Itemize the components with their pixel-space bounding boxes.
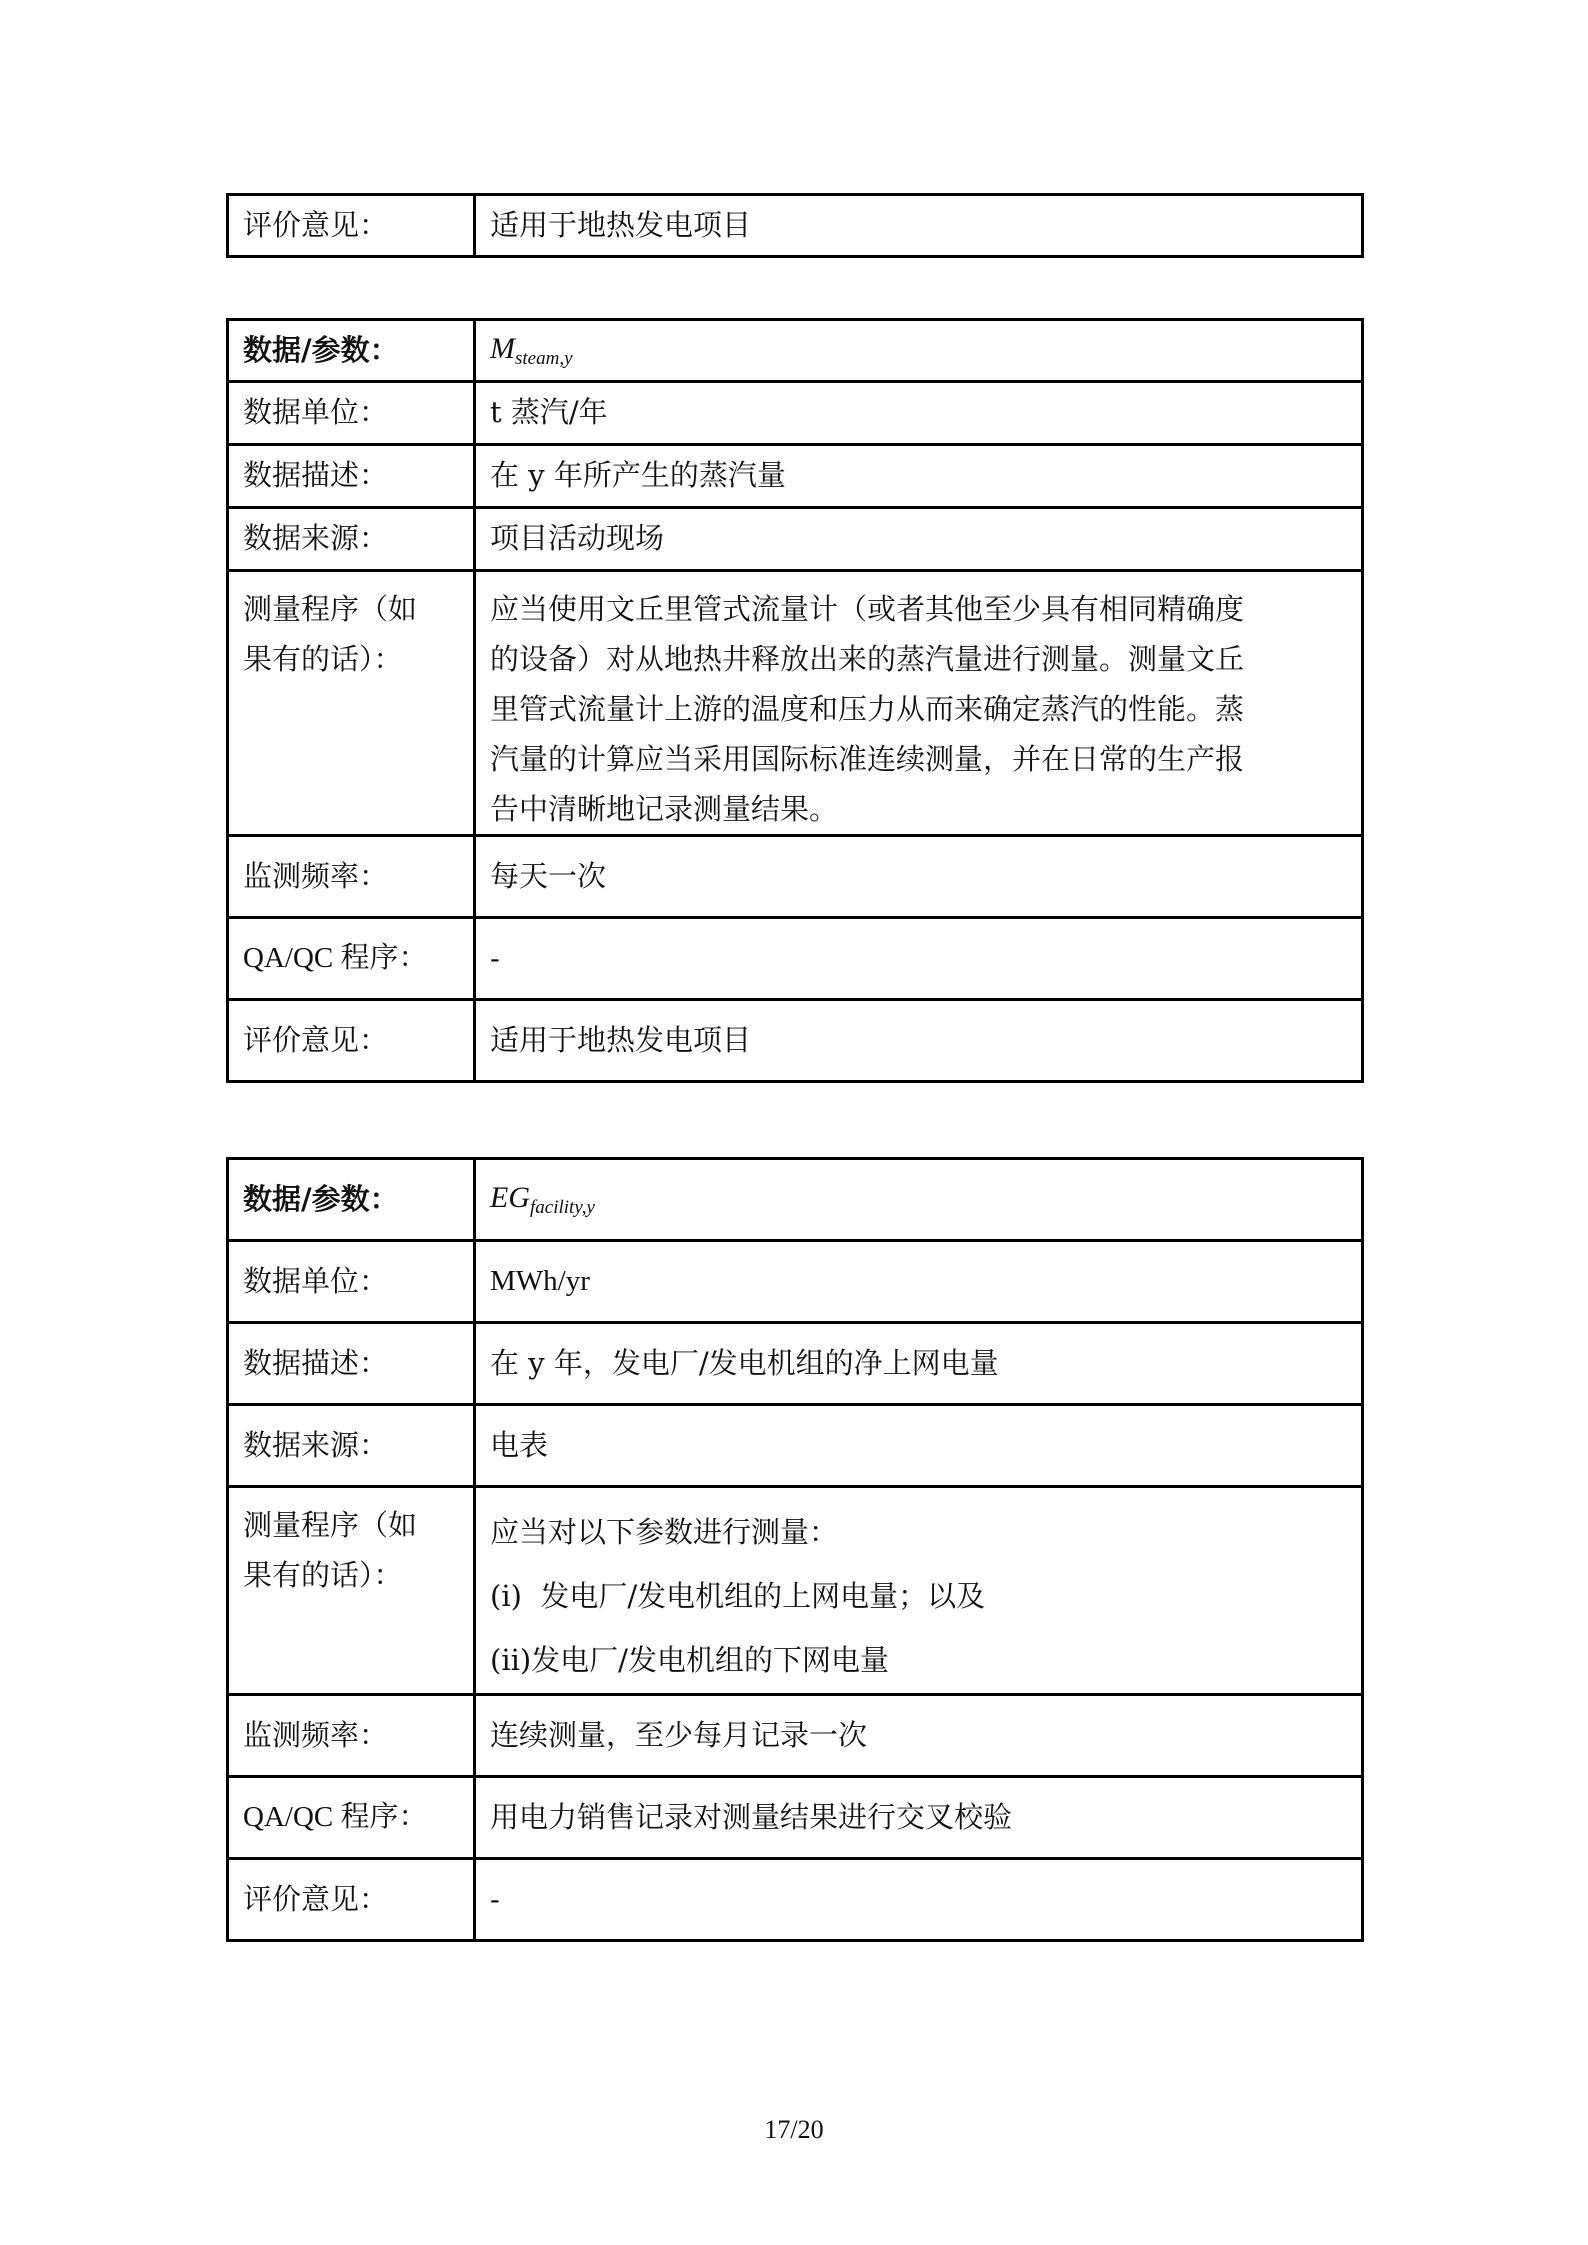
label-line: 测量程序（如 bbox=[243, 1500, 459, 1550]
symbol-subscript: steam,y bbox=[515, 348, 573, 369]
list-item: (ii)发电厂/发电机组的下网电量 bbox=[490, 1628, 1347, 1692]
row-value: 应当使用文丘里管式流量计（或者其他至少具有相同精确度 的设备）对从地热井释放出来… bbox=[475, 571, 1363, 836]
row-value: 应当对以下参数进行测量： (i) 发电厂/发电机组的上网电量；以及 (ii)发电… bbox=[475, 1487, 1363, 1695]
symbol-subscript: facility,y bbox=[530, 1197, 595, 1218]
row-label: 数据来源： bbox=[228, 508, 475, 571]
page-number: 17/20 bbox=[0, 2115, 1588, 2145]
list-item: (i) 发电厂/发电机组的上网电量；以及 bbox=[490, 1564, 1347, 1628]
parameter-table-m-steam: 数据/参数： Msteam,y 数据单位： t 蒸汽/年 数据描述： 在 y 年… bbox=[226, 318, 1364, 1083]
table-row-source: 数据来源： 项目活动现场 bbox=[228, 508, 1363, 571]
row-label: 测量程序（如 果有的话）： bbox=[228, 571, 475, 836]
row-value: 连续测量，至少每月记录一次 bbox=[475, 1695, 1363, 1777]
row-value: 每天一次 bbox=[475, 836, 1363, 918]
row-value: 适用于地热发电项目 bbox=[475, 195, 1363, 257]
row-label: 数据描述： bbox=[228, 445, 475, 508]
table-row-unit: 数据单位： MWh/yr bbox=[228, 1241, 1363, 1323]
row-value: 在 y 年所产生的蒸汽量 bbox=[475, 445, 1363, 508]
table-row-parameter: 数据/参数： EGfacility,y bbox=[228, 1159, 1363, 1241]
label-line: 果有的话）： bbox=[243, 634, 459, 684]
table-row-measurement-procedure: 测量程序（如 果有的话）： 应当使用文丘里管式流量计（或者其他至少具有相同精确度… bbox=[228, 571, 1363, 836]
table-row-qaqc: QA/QC 程序： 用电力销售记录对测量结果进行交叉校验 bbox=[228, 1777, 1363, 1859]
row-value: 项目活动现场 bbox=[475, 508, 1363, 571]
row-label: 测量程序（如 果有的话）： bbox=[228, 1487, 475, 1695]
table-row-evaluation: 评价意见： 适用于地热发电项目 bbox=[228, 195, 1363, 257]
symbol-main: M bbox=[490, 332, 515, 365]
table-row-source: 数据来源： 电表 bbox=[228, 1405, 1363, 1487]
text-line: 汽量的计算应当采用国际标准连续测量，并在日常的生产报 bbox=[490, 734, 1347, 784]
table-row-parameter: 数据/参数： Msteam,y bbox=[228, 320, 1363, 382]
table-row-description: 数据描述： 在 y 年，发电厂/发电机组的净上网电量 bbox=[228, 1323, 1363, 1405]
parameter-table-previous: 评价意见： 适用于地热发电项目 bbox=[226, 193, 1364, 258]
table-row-monitoring-frequency: 监测频率： 连续测量，至少每月记录一次 bbox=[228, 1695, 1363, 1777]
row-value: 在 y 年，发电厂/发电机组的净上网电量 bbox=[475, 1323, 1363, 1405]
table-row-unit: 数据单位： t 蒸汽/年 bbox=[228, 382, 1363, 445]
row-value: 用电力销售记录对测量结果进行交叉校验 bbox=[475, 1777, 1363, 1859]
row-value: MWh/yr bbox=[475, 1241, 1363, 1323]
row-value: 适用于地热发电项目 bbox=[475, 1000, 1363, 1082]
row-value: t 蒸汽/年 bbox=[475, 382, 1363, 445]
row-label: 数据来源： bbox=[228, 1405, 475, 1487]
row-value: - bbox=[475, 1859, 1363, 1941]
row-label: 数据/参数： bbox=[228, 1159, 475, 1241]
parameter-symbol: Msteam,y bbox=[475, 320, 1363, 382]
text-line: 应当使用文丘里管式流量计（或者其他至少具有相同精确度 bbox=[490, 584, 1347, 634]
table-row-qaqc: QA/QC 程序： - bbox=[228, 918, 1363, 1000]
row-label: QA/QC 程序： bbox=[228, 918, 475, 1000]
row-label: 数据/参数： bbox=[228, 320, 475, 382]
row-label: 数据单位： bbox=[228, 1241, 475, 1323]
text-line: 应当对以下参数进行测量： bbox=[490, 1500, 1347, 1564]
symbol-main: EG bbox=[490, 1181, 530, 1214]
label-line: 果有的话）： bbox=[243, 1550, 459, 1600]
label-line: 测量程序（如 bbox=[243, 584, 459, 634]
table-row-measurement-procedure: 测量程序（如 果有的话）： 应当对以下参数进行测量： (i) 发电厂/发电机组的… bbox=[228, 1487, 1363, 1695]
table-row-description: 数据描述： 在 y 年所产生的蒸汽量 bbox=[228, 445, 1363, 508]
row-label: 数据描述： bbox=[228, 1323, 475, 1405]
text-line: 的设备）对从地热井释放出来的蒸汽量进行测量。测量文丘 bbox=[490, 634, 1347, 684]
table-row-monitoring-frequency: 监测频率： 每天一次 bbox=[228, 836, 1363, 918]
row-value: 电表 bbox=[475, 1405, 1363, 1487]
parameter-table-eg-facility: 数据/参数： EGfacility,y 数据单位： MWh/yr 数据描述： 在… bbox=[226, 1157, 1364, 1942]
row-value: - bbox=[475, 918, 1363, 1000]
row-label: QA/QC 程序： bbox=[228, 1777, 475, 1859]
row-label: 评价意见： bbox=[228, 195, 475, 257]
parameter-symbol: EGfacility,y bbox=[475, 1159, 1363, 1241]
row-label: 数据单位： bbox=[228, 382, 475, 445]
row-label: 监测频率： bbox=[228, 836, 475, 918]
row-label: 监测频率： bbox=[228, 1695, 475, 1777]
text-line: 告中清晰地记录测量结果。 bbox=[490, 784, 1347, 834]
row-label: 评价意见： bbox=[228, 1000, 475, 1082]
text-line: 里管式流量计上游的温度和压力从而来确定蒸汽的性能。蒸 bbox=[490, 684, 1347, 734]
row-label: 评价意见： bbox=[228, 1859, 475, 1941]
table-row-evaluation: 评价意见： - bbox=[228, 1859, 1363, 1941]
table-row-evaluation: 评价意见： 适用于地热发电项目 bbox=[228, 1000, 1363, 1082]
